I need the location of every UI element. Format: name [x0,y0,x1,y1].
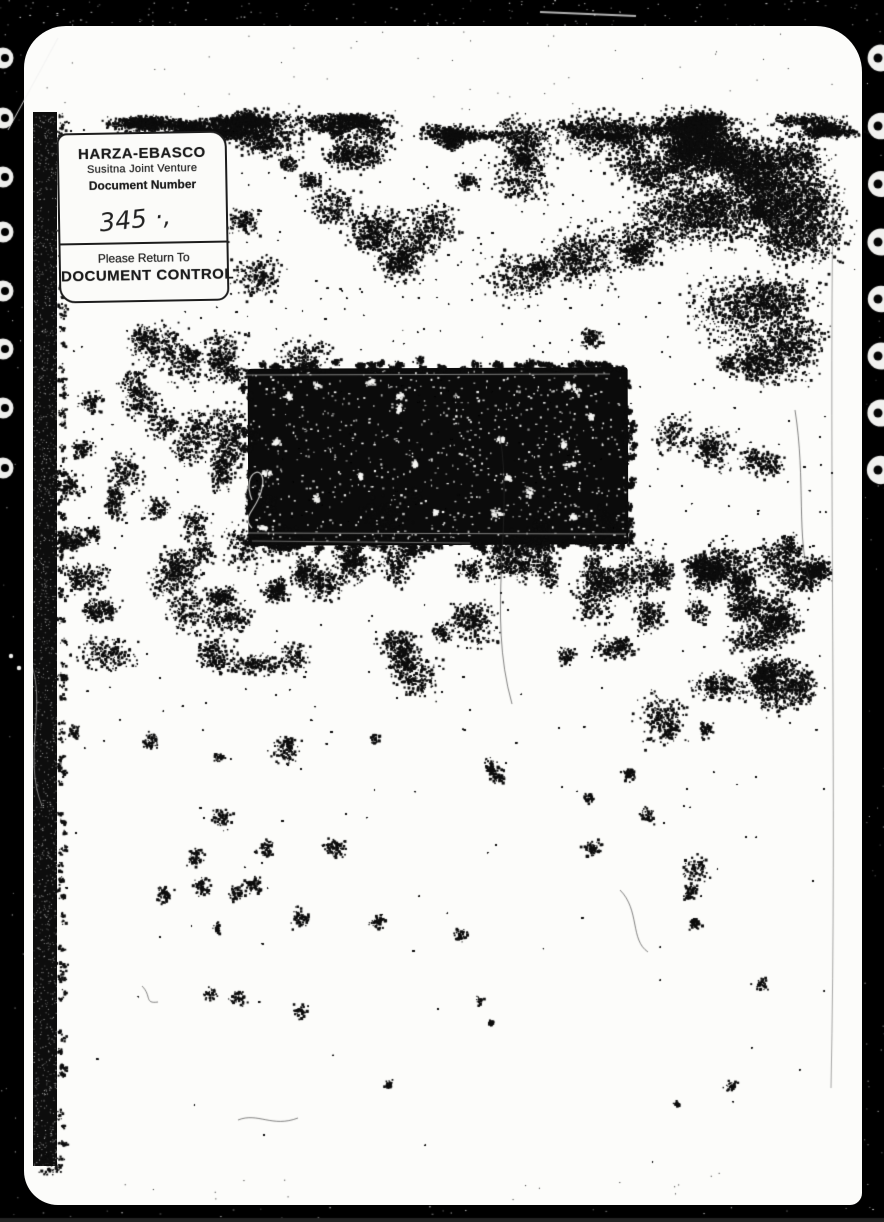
document-control-stamp: HARZA-EBASCO Susitna Joint Venture Docum… [57,131,230,304]
stamp-org-name: HARZA-EBASCO [59,144,225,164]
stamp-document-control-line: DOCUMENT CONTROL [61,266,227,286]
stamp-document-number-label: Document Number [59,177,225,194]
stamp-venture-line: Susitna Joint Venture [59,162,225,177]
binding-edge-strip [33,112,57,1166]
stamp-return-line: Please Return To [61,250,227,267]
scanned-document: { "stamp": { "org": "HARZA-EBASCO", "ven… [0,0,884,1222]
stamp-document-number-handwritten: 345 ·, [51,196,219,245]
obscured-title-block [248,367,629,546]
